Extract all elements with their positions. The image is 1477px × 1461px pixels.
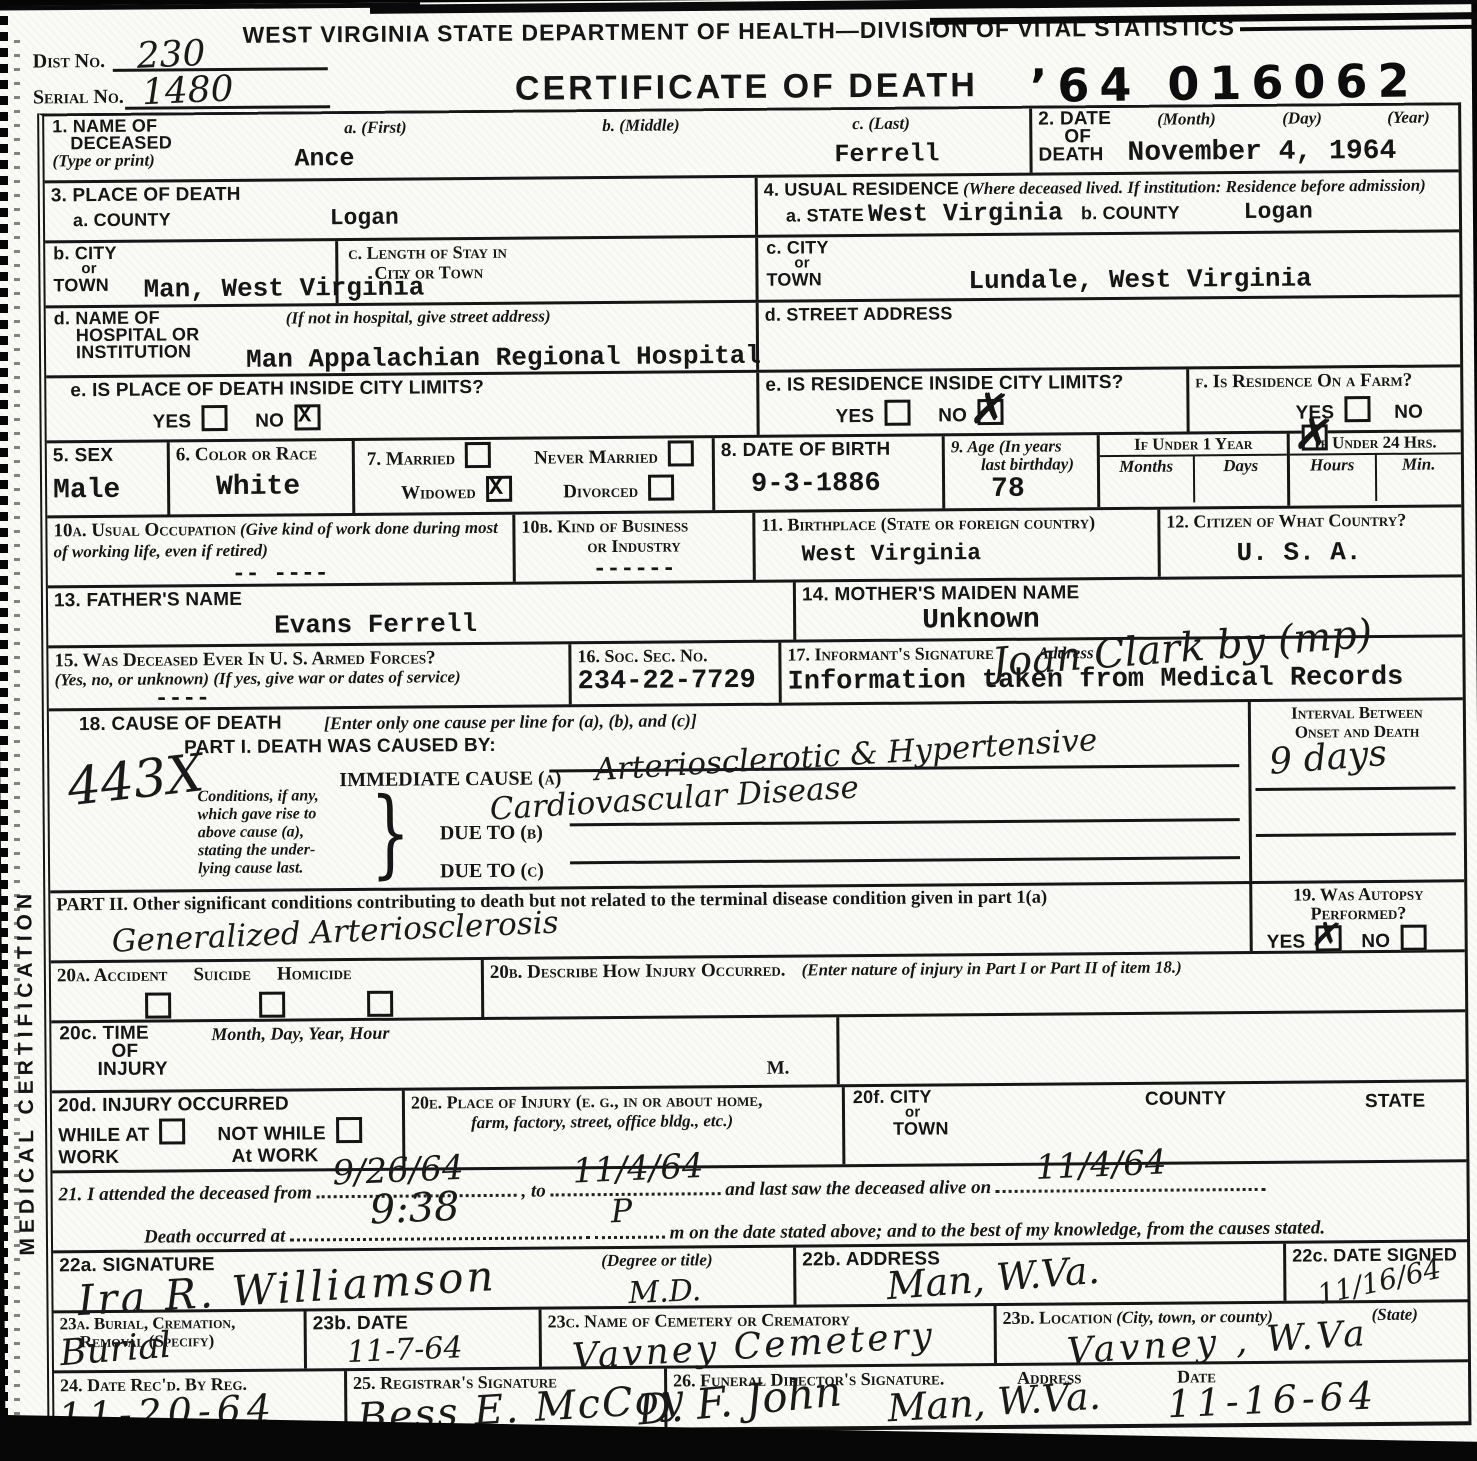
yes-label: YES: [1267, 932, 1306, 953]
race-label: 6. Color or Race: [176, 443, 346, 466]
not-while-at-work-checkbox: [336, 1117, 362, 1143]
interval-line-2: [1256, 832, 1456, 837]
death-time-value: 9:38: [369, 1184, 461, 1234]
no-label: NO: [938, 405, 967, 426]
no-label: NO: [1394, 402, 1423, 423]
place-limits-cell: e. IS PLACE OF DEATH INSIDE CITY LIMITS?…: [46, 373, 756, 441]
year-label: (Year): [1387, 108, 1430, 128]
never-married-label: Never Married: [534, 447, 658, 469]
race-cell: 6. Color or Race White: [167, 441, 353, 514]
hand-x-mark: ✗: [967, 383, 1012, 434]
death-certificate-form: 1. NAME OF DECEASED (Type or print) a. (…: [37, 102, 1471, 1436]
certificate-sheet: Dist No. 230 WEST VIRGINIA STATE DEPARTM…: [0, 0, 1477, 1461]
under-24-hrs-cell: If Under 24 Hrs. Hours Min.: [1287, 432, 1462, 505]
due-to-b-label: DUE TO (b): [440, 822, 543, 846]
length-of-stay-cell: c. Length of Stay in City or Town: [335, 238, 755, 303]
funeral-director-cell: 26. Funeral Director's Signature. Addres…: [664, 1362, 1468, 1427]
funeral-director-signature: D. F. John: [635, 1366, 843, 1434]
min-label: Min.: [1376, 454, 1461, 501]
ssn-cell: 16. Soc. Sec. No. 234-22-7729: [568, 643, 778, 705]
cemetery-location-cell: 23d. Location (City, town, or county) (S…: [994, 1302, 1468, 1363]
accident-label: 20a. Accident: [57, 964, 168, 986]
hospital-label: d. NAME OF HOSPITAL OR INSTITUTION: [54, 309, 200, 361]
injury-county-label: COUNTY: [1145, 1088, 1227, 1111]
autopsy-cell: 19. Was Autopsy Performed? YES ✗ NO: [1249, 882, 1465, 951]
attended-to-field: 11/4/64: [550, 1170, 720, 1196]
injury-city-label: 20f. CITY or TOWN: [853, 1088, 949, 1137]
autopsy-yes-checkbox: ✗: [1315, 925, 1341, 951]
due-c-line: [570, 856, 1240, 864]
county-label: a. COUNTY: [73, 209, 171, 230]
certificate-title: CERTIFICATE OF DEATH: [515, 66, 978, 109]
degree-label: (Degree or title): [601, 1250, 713, 1271]
place-limits-yes-checkbox: [201, 405, 227, 431]
x-mark: X: [489, 475, 504, 502]
residence-state-label: a. STATE: [786, 205, 864, 226]
dob-value: 9-3-1886: [751, 468, 936, 499]
hand-x-mark: ✗: [1309, 916, 1344, 956]
ampm-field: P: [595, 1214, 665, 1240]
place-of-death-label: 3. PLACE OF DEATH: [51, 180, 749, 207]
m-label: M.: [767, 1058, 790, 1080]
attended-to-value: 11/4/64: [571, 1146, 704, 1192]
father-value: Evans Ferrell: [274, 607, 787, 641]
cause-code-handwritten: 443X: [64, 743, 206, 818]
death-occurred-label: Death occurred at: [144, 1226, 286, 1248]
sex-value: Male: [53, 475, 161, 507]
burial-date-value: 11-7-64: [346, 1330, 463, 1370]
residence-city-cell: c. CITY or TOWN Lundale, West Virginia: [755, 232, 1459, 300]
street-address-label: d. STREET ADDRESS: [765, 303, 953, 324]
alive-on-field: 11/4/64: [996, 1166, 1266, 1193]
under-1-year-label: If Under 1 Year: [1100, 434, 1287, 457]
birthplace-value: West Virginia: [802, 539, 1152, 568]
due-b-line: [570, 818, 1240, 826]
hospital-note: (If not in hospital, give street address…: [286, 306, 551, 328]
date-signed-cell: 22c. DATE SIGNED 11/16/64: [1283, 1242, 1467, 1300]
degree-value: M.D.: [628, 1273, 702, 1311]
farm-question: f. Is Residence On a Farm?: [1195, 369, 1454, 393]
deceased-name-cell: 1. NAME OF DECEASED (Type or print) a. (…: [44, 109, 1029, 181]
place-limits-question: e. IS PLACE OF DEATH INSIDE CITY LIMITS?: [70, 375, 750, 402]
time-of-injury-label: 20c. TIME OF INJURY: [59, 1024, 168, 1079]
serial-no-field: Serial No. 1480: [33, 70, 234, 113]
row-city-limits: e. IS PLACE OF DEATH INSIDE CITY LIMITS?…: [46, 367, 1460, 443]
accident-checkbox: [145, 992, 171, 1018]
row-county-residence: 3. PLACE OF DEATH a. COUNTY Logan 4. USU…: [45, 172, 1459, 243]
conditions-note: Conditions, if any, which gave rise to a…: [197, 787, 319, 878]
row-name-date: 1. NAME OF DECEASED (Type or print) a. (…: [44, 105, 1458, 183]
sex-cell: 5. SEX Male: [47, 442, 168, 515]
attended-pre-text: 21. I attended the deceased from: [59, 1182, 312, 1205]
row-signature: 22a. SIGNATURE Ira R. Williamson (Degree…: [53, 1242, 1467, 1313]
armed-forces-cell: 15. Was Deceased Ever In U. S. Armed For…: [48, 644, 568, 708]
citizen-cell: 12. Citizen of What Country? U. S. A.: [1157, 507, 1462, 576]
scan-left-edge-noise-2: [14, 40, 20, 1431]
place-limits-no-checkbox: X: [294, 404, 320, 430]
ssn-value: 234-22-7729: [577, 666, 772, 698]
residence-city-label: c. CITY or TOWN: [766, 239, 829, 287]
no-label: NO: [255, 411, 284, 432]
sex-label: 5. SEX: [53, 445, 161, 468]
autopsy-no-checkbox: [1400, 925, 1426, 951]
first-name-value: Ance: [294, 144, 354, 173]
row-injury-place: 20d. INJURY OCCURRED WHILE AT WORK NOT W…: [52, 1082, 1467, 1173]
row-occupation: 10a. Usual Occupation (Give kind of work…: [47, 507, 1462, 588]
part2-cell: PART II. Other significant conditions co…: [50, 884, 1249, 960]
attended-to-label: , to: [521, 1181, 545, 1202]
last-name-label: c. (Last): [852, 114, 910, 134]
never-married-checkbox: [668, 440, 694, 466]
date-of-death-label: 2. DATE OF DEATH: [1038, 110, 1111, 165]
residence-state-value: West Virginia: [868, 198, 1063, 229]
place-of-death-county-cell: 3. PLACE OF DEATH a. COUNTY Logan: [45, 178, 755, 241]
day-label: (Day): [1282, 108, 1322, 128]
how-injury-note: (Enter nature of injury in Part I or Par…: [801, 958, 1181, 980]
informant-label: 17. Informant's Signature: [787, 643, 994, 665]
row-cause-of-death: 18. CAUSE OF DEATH [Enter only one cause…: [49, 700, 1464, 893]
days-label: Days: [1194, 456, 1287, 503]
hospital-cell: d. NAME OF HOSPITAL OR INSTITUTION (If n…: [46, 303, 757, 376]
row-part2: PART II. Other significant conditions co…: [50, 882, 1465, 963]
time-of-injury-cell: 20c. TIME OF INJURY Month, Day, Year, Ho…: [51, 1017, 837, 1090]
row-forces-ssn: 15. Was Deceased Ever In U. S. Armed For…: [48, 637, 1462, 711]
physician-signature-cell: 22a. SIGNATURE Ira R. Williamson (Degree…: [53, 1248, 793, 1311]
hours-label: Hours: [1290, 455, 1377, 502]
homicide-label: Homicide: [277, 963, 352, 985]
burial-value: Burial: [58, 1325, 172, 1375]
divorced-label: Divorced: [563, 481, 638, 503]
residence-county-label: b. COUNTY: [1081, 203, 1180, 224]
death-time-field: 9:38: [290, 1214, 590, 1241]
citizen-label: 12. Citizen of What Country?: [1166, 509, 1455, 532]
fd-date-value: 11-16-64: [1166, 1373, 1378, 1426]
due-to-c-label: DUE TO (c): [440, 860, 544, 884]
citizen-value: U. S. A.: [1237, 536, 1456, 568]
suicide-label: Suicide: [193, 964, 251, 985]
residence-limits-no-checkbox: ✗: [977, 399, 1003, 425]
business-cell: 10b. Kind of Business or Industry ------: [512, 513, 753, 582]
ampm-value: P: [610, 1191, 633, 1230]
place-city-label: b. CITY or TOWN: [53, 245, 117, 293]
farm-cell: f. Is Residence On a Farm? YES NO ✗: [1186, 367, 1460, 431]
location-label: 23d. Location: [1003, 1307, 1113, 1328]
serial-no-label: Serial No.: [33, 86, 124, 109]
place-of-injury-note: farm, factory, street, office bldg., etc…: [471, 1110, 836, 1133]
cause-note: [Enter only one cause per line for (a), …: [324, 710, 697, 734]
age-cell: 9. Age (In years last birthday) 78: [942, 435, 1098, 508]
under-24-hrs-label: If Under 24 Hrs.: [1290, 432, 1461, 455]
while-at-work-group: WHILE AT WORK: [58, 1118, 192, 1169]
registrar-signature-cell: 25. Registrar's Signature Bess E. McCoy: [344, 1369, 664, 1431]
married-label: 7. Married: [367, 448, 455, 470]
usual-residence-note: (Where deceased lived. If institution: R…: [963, 176, 1426, 199]
accident-cell: 20a. Accident Suicide Homicide: [51, 960, 481, 1020]
age-label: 9. Age (In years last birthday): [951, 437, 1091, 474]
deceased-name-label: 1. NAME OF DECEASED (Type or print): [52, 117, 172, 169]
x-mark: X: [298, 403, 311, 428]
interval-line-1: [1255, 786, 1455, 791]
row-burial: 23a. Burial, Cremation, Removal (Specify…: [54, 1302, 1468, 1373]
cause-of-death-cell: 18. CAUSE OF DEATH [Enter only one cause…: [49, 702, 1249, 890]
autopsy-question: 19. Was Autopsy Performed?: [1258, 884, 1458, 924]
usual-residence-label: 4. USUAL RESIDENCE: [764, 178, 959, 200]
how-injury-label: 20b. Describe How Injury Occurred.: [490, 960, 786, 983]
homicide-checkbox: [367, 991, 393, 1017]
attended-cell: 21. I attended the deceased from 9/26/64…: [52, 1162, 1467, 1251]
occupation-label: 10a. Usual Occupation: [53, 519, 236, 541]
hospital-value: Man Appalachian Regional Hospital: [246, 341, 761, 375]
interval-value: 9 days: [1268, 733, 1388, 783]
street-address-cell: d. STREET ADDRESS: [756, 297, 1461, 370]
occupation-cell: 10a. Usual Occupation (Give kind of work…: [47, 515, 513, 586]
informant-cell: 17. Informant's Signature Address Inform…: [778, 637, 1462, 702]
race-value: White: [216, 471, 346, 503]
attended-mid-text: and last saw the deceased alive on: [725, 1177, 991, 1200]
place-city-cell: b. CITY or TOWN Man, West Virginia: [45, 241, 335, 305]
county-value: Logan: [330, 205, 399, 232]
injury-occurred-label: 20d. INJURY OCCURRED: [58, 1093, 396, 1118]
location-state-note: (State): [1372, 1305, 1418, 1325]
row-time-of-injury: 20c. TIME OF INJURY Month, Day, Year, Ho…: [51, 1012, 1466, 1093]
time-of-injury-note: Month, Day, Year, Hour: [211, 1023, 389, 1045]
yes-label: YES: [152, 411, 191, 432]
physician-address-cell: 22b. ADDRESS Man, W.Va.: [793, 1244, 1283, 1305]
middle-name-label: b. (Middle): [602, 115, 680, 136]
marital-cell: 7. Married Never Married Widowed X Divor…: [352, 438, 713, 513]
dist-no-label: Dist No.: [33, 50, 106, 73]
birthplace-label: 11. Birthplace (State or foreign country…: [761, 512, 1151, 536]
length-of-stay-label: c. Length of Stay in City or Town: [348, 240, 749, 283]
brace-glyph: }: [370, 785, 410, 881]
widowed-checkbox: X: [486, 476, 512, 502]
birthplace-cell: 11. Birthplace (State or foreign country…: [752, 510, 1158, 580]
dob-cell: 8. DATE OF BIRTH 9-3-1886: [712, 436, 943, 510]
age-value: 78: [991, 473, 1091, 505]
last-name-value: Ferrell: [834, 139, 939, 169]
scan-left-edge-noise: [0, 0, 8, 1461]
first-name-label: a. (First): [344, 118, 406, 138]
no-label: NO: [1361, 931, 1390, 952]
divorced-checkbox: [648, 474, 674, 500]
row-personal: 5. SEX Male 6. Color or Race White 7. Ma…: [47, 432, 1462, 518]
cemetery-cell: 23c. Name of Cemetery or Crematory Vavne…: [539, 1306, 994, 1367]
usual-residence-cell: 4. USUAL RESIDENCE (Where deceased lived…: [755, 172, 1459, 235]
burial-cell: 23a. Burial, Cremation, Removal (Specify…: [54, 1311, 304, 1370]
yes-label: YES: [835, 406, 874, 427]
father-cell: 13. FATHER'S NAME Evans Ferrell: [48, 583, 793, 646]
interval-cell: Interval Between Onset and Death 9 days: [1248, 700, 1464, 881]
widowed-label: Widowed: [401, 482, 476, 504]
under-1-year-cell: If Under 1 Year Months Days: [1097, 434, 1288, 507]
residence-limits-cell: e. IS RESIDENCE INSIDE CITY LIMITS? YES …: [756, 369, 1186, 434]
ssn-label: 16. Soc. Sec. No.: [577, 645, 772, 668]
alive-on-value: 11/4/64: [1035, 1142, 1168, 1188]
row-accident: 20a. Accident Suicide Homicide 20b. Desc…: [51, 952, 1465, 1023]
injury-state-label: STATE: [1365, 1091, 1426, 1113]
business-label: 10b. Kind of Business or Industry: [521, 515, 746, 557]
while-at-work-checkbox: [159, 1118, 185, 1144]
cause-label: 18. CAUSE OF DEATH: [79, 713, 282, 737]
row-attended: 21. I attended the deceased from 9/26/64…: [52, 1162, 1467, 1253]
married-checkbox: [465, 442, 491, 468]
death-occurred-rest-text: m on the date stated above; and to the b…: [670, 1217, 1326, 1243]
part1-label: PART I. DEATH WAS CAUSED BY:: [184, 735, 496, 759]
suicide-checkbox: [259, 992, 285, 1018]
residence-county-value: Logan: [1244, 198, 1313, 225]
how-injury-cell: 20b. Describe How Injury Occurred. (Ente…: [481, 952, 1465, 1017]
months-label: Months: [1100, 456, 1195, 503]
farm-yes-checkbox: [1344, 396, 1370, 422]
burial-date-cell: 23b. DATE 11-7-64: [304, 1310, 539, 1369]
month-label: (Month): [1157, 109, 1216, 129]
business-value: ------: [522, 555, 747, 583]
row-hospital: d. NAME OF HOSPITAL OR INSTITUTION (If n…: [46, 297, 1461, 378]
dob-label: 8. DATE OF BIRTH: [721, 438, 936, 462]
residence-limits-yes-checkbox: [884, 400, 910, 426]
date-of-death-cell: 2. DATE OF DEATH (Month) (Day) (Year) No…: [1029, 105, 1458, 172]
row-city: b. CITY or TOWN Man, West Virginia c. Le…: [45, 232, 1459, 308]
date-of-death-value: November 4, 1964: [1127, 136, 1396, 169]
time-of-injury-empty-cell: [836, 1012, 1466, 1084]
occupation-value: -- ----: [54, 559, 507, 589]
residence-city-value: Lundale, West Virginia: [968, 263, 1311, 296]
